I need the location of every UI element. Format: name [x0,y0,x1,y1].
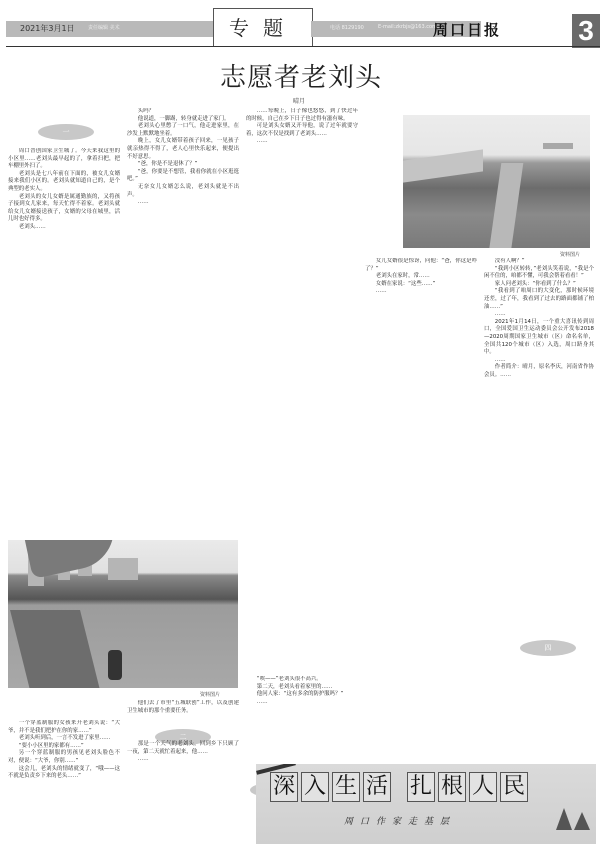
park-road [489,163,524,248]
paragraph: “我看到了咱周口的大变化，那时候环境还差，过了年，我看到了过去的路面都铺了柏油…… [484,288,594,311]
masthead-rule [6,46,600,47]
banner-char: 生 [332,772,360,802]
paragraph: “唉——”老刘头很不高兴。 [246,676,358,684]
city-skyline [543,143,573,149]
banner-char: 活 [363,772,391,802]
author-bio: 作者简介：晴月，原名李庆，河南省作协会员。…… [484,364,594,379]
paragraph: …… [246,699,358,707]
paragraph: 女婿在家说：“这些……” [365,281,477,289]
banner-char: 人 [469,772,497,802]
volunteer-photo [8,540,238,688]
article-column-1: 周口晋创国家卫生城了。今天来我这里的小区里……老刘头最早起的了，拿着扫把，把车棚… [8,148,120,533]
sailboat-icon [574,812,590,830]
paragraph: …… [246,138,358,146]
river-water [403,149,483,182]
paragraph: 那是一个天气的老刘头，回到乡下只顾了一夜，第二天就忙着起来，他…… [127,741,239,756]
banner-char: 深 [270,772,298,802]
issue-date: 2021年3月1日 [20,23,75,34]
paragraph: 头吗？ [127,108,239,116]
article-byline: 晴月 [293,96,305,105]
paragraph: 老刘头听到后，一言不发进了家里…… [8,735,120,743]
paragraph: 没有人啊？” [484,258,594,266]
email-line: E-mail:zkrbjs@163.com [378,24,437,30]
paragraph: 老刘头心里憋了一口气，他走进家里，在沙发上默默地坐着。 [127,123,239,138]
banner-headline: 深 入 生 活 扎 根 人 民 [270,772,528,802]
river-railing [10,610,100,688]
paragraph: “我到小区转转，”老刘头笑着说，“我是个闲不住的，咱都不懂，可我会帮着看看！” [484,266,594,281]
paragraph: …… [484,311,594,319]
article-column-3: ……每晚上，日子像也悠悠，到了快过年的时候，自己在乡下日子也过得有滋有味。 可是… [246,108,358,676]
newspaper-logo: 周口日报 [433,19,501,40]
paragraph: …… [365,288,477,296]
paragraph: 他们去了市里“五城联创”工作，以及创建卫生城市的那个重要任务。 [127,700,239,715]
paragraph: ……每晚上，日子像也悠悠，到了快过年的时候，自己在乡下日子也过得有滋有味。 [246,108,358,123]
banner-char: 入 [301,772,329,802]
umbrella [25,540,121,579]
volunteer-photo-caption: 资料图片 [200,691,220,698]
paragraph: “爸，你是不是退休了？” [127,161,239,169]
article-column-3-bottom: “唉——”老刘头很不高兴。 第二天，老刘头看着家里的…… 他问人家：“这有多余的… [246,676,358,766]
paragraph: 老刘头…… [8,224,120,232]
article-column-5: 没有人啊？” “我到小区转转，”老刘头笑着说，“我是个闲不住的，咱都不懂，可我会… [484,258,594,838]
paragraph: 他问人家：“这有多余的防护服吗？” [246,691,358,699]
banner-char: 根 [438,772,466,802]
sailboat-icon [556,808,572,830]
paragraph: …… [127,199,239,207]
section-title: 专题 [213,8,313,47]
masthead: 2021年3月1日 责任编辑 美术 专题 电话 8129190 E-mail:z… [0,0,600,50]
banner-char: 扎 [407,772,435,802]
banner-spacer [394,772,404,802]
paragraph: 这会儿，老刘头的情绪就变了，“哦——这不就是负责乡下来的老头……” [8,766,120,781]
article-column-4: 女儿女婿很是惊讶，问他：“爸，你这是咋了？” 老刘头在家时，常…… 女婿在家说：… [365,258,477,763]
paragraph: …… [127,756,239,764]
paragraph: “爸，你要是不想管，我看你就在小区逛逛吧。” [127,169,239,184]
paragraph: 另一个穿蓝制服的男孩见老刘头脸色不对，便说：“大爷，你别……” [8,750,120,765]
river-photo-caption: 资料图片 [560,251,580,258]
section-marker: 一 [38,124,94,140]
building [108,558,138,580]
river-park-photo [403,115,590,248]
paragraph: 2021年1月14日，一个重大喜讯传到周口，全国爱国卫生运动委员会公开发布201… [484,319,594,357]
banner-char: 民 [500,772,528,802]
paragraph: 无奈女儿女婿怎么说，老刘头就是不出声。 [127,184,239,199]
article-column-1-bottom: 一个穿蓝制服的女孩来开老刘头说：“大爷，并不是我们把护在你的家……” 老刘头听到… [8,720,120,845]
column-banner: 深 入 生 活 扎 根 人 民 周口作家走基层 [256,764,596,844]
phone-line: 电话 8129190 [330,24,364,31]
paragraph: 老刘头在家时，常…… [365,273,477,281]
article-title: 志愿者老刘头 [220,57,382,94]
volunteer-figure [108,650,122,680]
paragraph: 一个穿蓝制服的女孩来开老刘头说：“大爷，并不是我们把护在你的家……” [8,720,120,735]
paragraph: 老刘头的女儿女婿是属通勤族的，又将孩子接到女儿家来，每天忙得不着家。老刘头就给女… [8,194,120,224]
page-number: 3 [572,14,600,48]
paragraph: 周口晋创国家卫生城了。今天来我这里的小区里……老刘头最早起的了，拿着扫把，把车棚… [8,148,120,171]
article-column-2-bottom: 他们去了市里“五城联创”工作，以及创建卫生城市的那个重要任务。 那是一个天气的老… [127,700,239,825]
banner-subtitle: 周口作家走基层 [344,814,456,827]
paragraph: 老刘头是七八年前在下面的，被女儿女婿接来我们小区的。老刘头就知道自己的，是个典型… [8,171,120,194]
editor-line: 责任编辑 美术 [88,24,120,31]
paragraph: 可是刘头女婿又开导他，说了过年就要守着，这次不仅是找到了老刘头…… [246,123,358,138]
paragraph: 女儿女婿很是惊讶，问他：“爸，你这是咋了？” [365,258,477,273]
paragraph: 晚上，女儿女婿带着孩子回来，一见孩子就亲热得不得了，老人心里快乐起来，便提出不好… [127,138,239,161]
